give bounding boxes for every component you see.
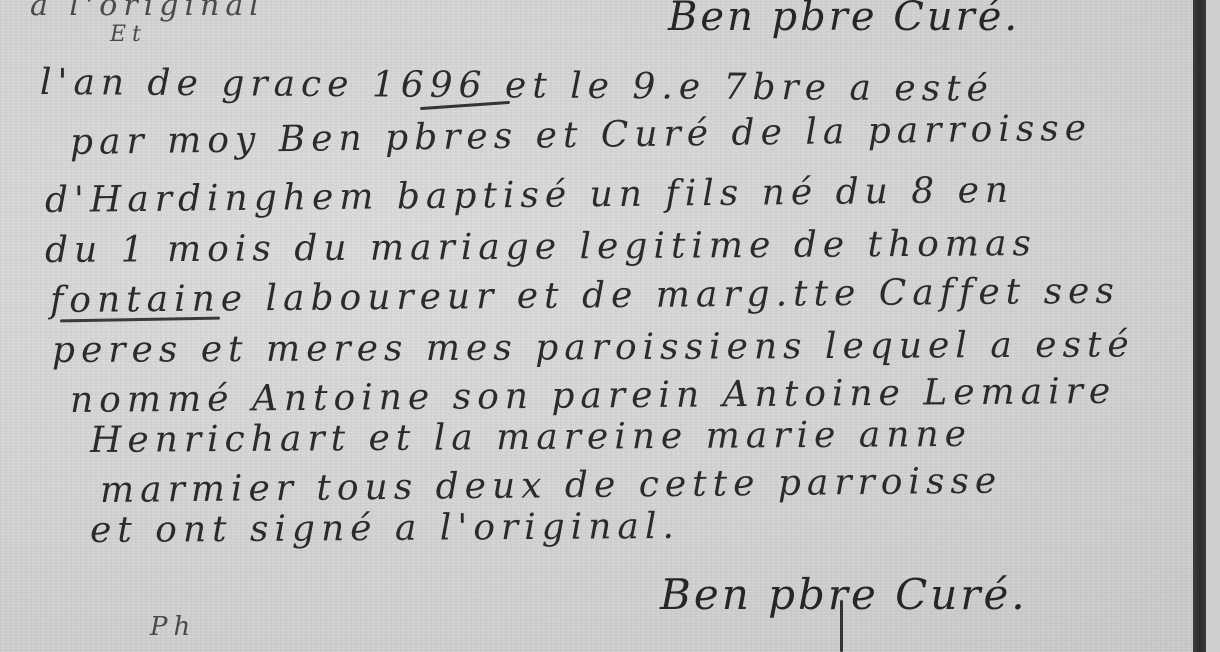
book-binding — [1193, 0, 1206, 652]
text-line-10: et ont signé a l'original. — [90, 506, 680, 551]
scanned-register-page: a l'original Ben pbre Curé. Et l'an de g… — [0, 0, 1220, 652]
margin-mark: Et — [110, 22, 147, 47]
next-entry-fragment: Ph — [150, 612, 196, 642]
text-line-2: par moy Ben pbres et Curé de la parroiss… — [70, 108, 1093, 163]
text-line-4: du 1 mois du mariage legitime de thomas — [45, 223, 1037, 271]
text-line-1: l'an de grace 1696 et le 9.e 7bre a esté — [40, 62, 994, 110]
top-signature: Ben pbre Curé. — [668, 0, 1020, 40]
signature-descender — [840, 600, 843, 652]
text-line-8: Henrichart et la mareine marie anne — [90, 414, 972, 461]
bottom-signature: Ben pbre Curé. — [660, 570, 1028, 619]
top-fragment: a l'original — [30, 0, 265, 23]
text-line-9: marmier tous deux de cette parroisse — [100, 461, 1003, 511]
page-edge — [1206, 0, 1220, 652]
text-line-5: fontaine laboureur et de marg.tte Caffet… — [50, 271, 1120, 321]
text-line-6: peres et meres mes paroissiens lequel a … — [52, 324, 1135, 371]
text-line-3: d'Hardinghem baptisé un fils né du 8 en — [45, 170, 1015, 221]
